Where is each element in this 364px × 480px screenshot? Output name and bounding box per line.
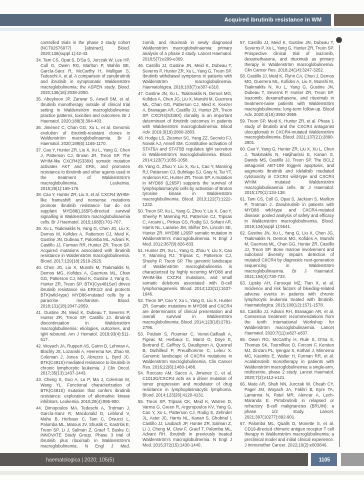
reference-item: 52. Treon SP, Cao Y, Xu L, Yang G, Liu X… [138,298,232,331]
reference-item: 47. Gustine JN, Xu L, Tsakmaklis N, Demo… [138,91,232,135]
references-column-3: 57. Castillo JJ, Meid K, Gustine JN, Dub… [240,40,334,450]
reference-item: 66. Mato AR, Shah NN, Jurczak W, Cheah C… [240,382,334,420]
references-scale-wrapper: controlled trials in the phase 2 study c… [36,40,334,450]
reference-item: 54. Roccaro AM, Sacco A, Jimenez C, et a… [138,371,232,398]
references-column-2: zomib, and rituximab in newly diagnosed … [138,40,232,450]
margin-marker-dot [336,37,342,43]
reference-item: 67. Palomba ML, Qualls D, Monette S, et … [240,421,334,448]
footer-bar: haematologica | 2020; 105(5) [0,453,308,466]
reference-item: 50. Treon SP, Xu L, Yang G, Zhou Y, Liu … [138,209,232,247]
reference-item: 41. Gustine JN, Meid K, Dubeau T, Severn… [36,310,130,343]
reference-item: controlled trials in the phase 2 study c… [36,40,130,56]
reference-item: 55. Treon SP, Tripsas CK, Meid K, Warren… [138,399,232,448]
reference-item: 37. Cao Y, Hunter ZR, Liu X, Xu L, Yang … [36,148,130,192]
reference-item: 44. Dimopoulos MA, Tedeschi A, Trotman J… [36,405,130,450]
reference-item: 42. Woyach JA, Ruppert AS, Guinn D, Lehm… [36,343,130,376]
running-title: Acquired ibrutinib resistance in WM [225,17,322,23]
journal-line: haematologica | 2020; 105(5) [46,457,114,463]
reference-item: 64. Castillo JJ, Advani RH, Branagan AR,… [240,309,334,336]
reference-item: 38. Cao Y, Hunter ZR, Liu X, et al. CXCR… [36,192,130,225]
page-number-badge: 1105 [311,453,337,466]
references-column-1: controlled trials in the phase 2 study c… [36,40,130,450]
page-number: 1105 [318,457,329,463]
header-bar: Acquired ibrutinib resistance in WM [0,14,331,26]
reference-item: 53. Poulain S, Roumier C, Venet-Caillaul… [138,332,232,370]
reference-item: 46. Castillo JJ, Gustine JN, Meid K, Dub… [138,63,232,90]
reference-item: 61. Tam CS, Cull G, Opat S, Jackson S, M… [240,197,334,230]
references-section: controlled trials in the phase 2 study c… [36,40,334,450]
reference-item: 60. Cao Y, Yang G, Hunter ZR, Liu X, Xu … [240,147,334,196]
reference-item: 49. Yang G, Zhou Y, Liu X, Xu L, Cao Y, … [138,164,232,208]
reference-item: 34. Tam CS, Opat S, D'Sa S, Jurczak W, L… [36,57,130,95]
footer-edge-block [341,453,364,466]
reference-item: 57. Castillo JJ, Meid K, Gustine JN, Dub… [240,40,334,73]
reference-item: 58. Castillo JJ, Meid K, Flynn CA, Chen … [240,74,334,118]
margin-marker-line [339,45,340,447]
reference-item: 35. Abeykoon JP, Zanwar S, Ansell SM, et… [36,97,130,124]
reference-item: 40. Chen JG, Liu X, Munshi M, Tsakmaklis… [36,265,130,309]
reference-item: 56. Treon SP, Gustine J, Meid K, Yang G,… [138,449,232,450]
reference-item: 43. Cheng S, Guo A, Lu P, Ma J, Coleman … [36,377,130,404]
reference-item: 62. Gustine JN, Xu L, Yang G, Liu X, Che… [240,230,334,279]
header-rule [0,28,364,31]
bottom-strip [0,471,364,475]
reference-item: 48. Hodge LS, Ziesmer SC, Yang ZZ, Secre… [138,136,232,163]
reference-item: 63. Lipsky AH, Farooqui MZ, Tian X, et a… [240,280,334,307]
reference-item: 59. Treon SP, Meid K, Hunter ZR, et al. … [240,118,334,145]
reference-item: zomib, and rituximab in newly diagnosed … [138,40,232,62]
reference-item: 36. Jiménez C, Chan GG, Xu L, et al. Gen… [36,125,130,147]
reference-item: 68. Sarosiek S, Gustine JN, Flynn CA, et… [240,449,334,450]
reference-item: 51. Hunter ZR, Xu L, Yang G, Zhou Y, Liu… [138,248,232,297]
reference-item: 39. Xu L, Tsakmaklis N, Yang G, Chen JG,… [36,226,130,264]
reference-item: 65. Owen RG, McCarthy H, Rule S, D'Sa S,… [240,337,334,381]
page-edge-tab [334,14,364,26]
